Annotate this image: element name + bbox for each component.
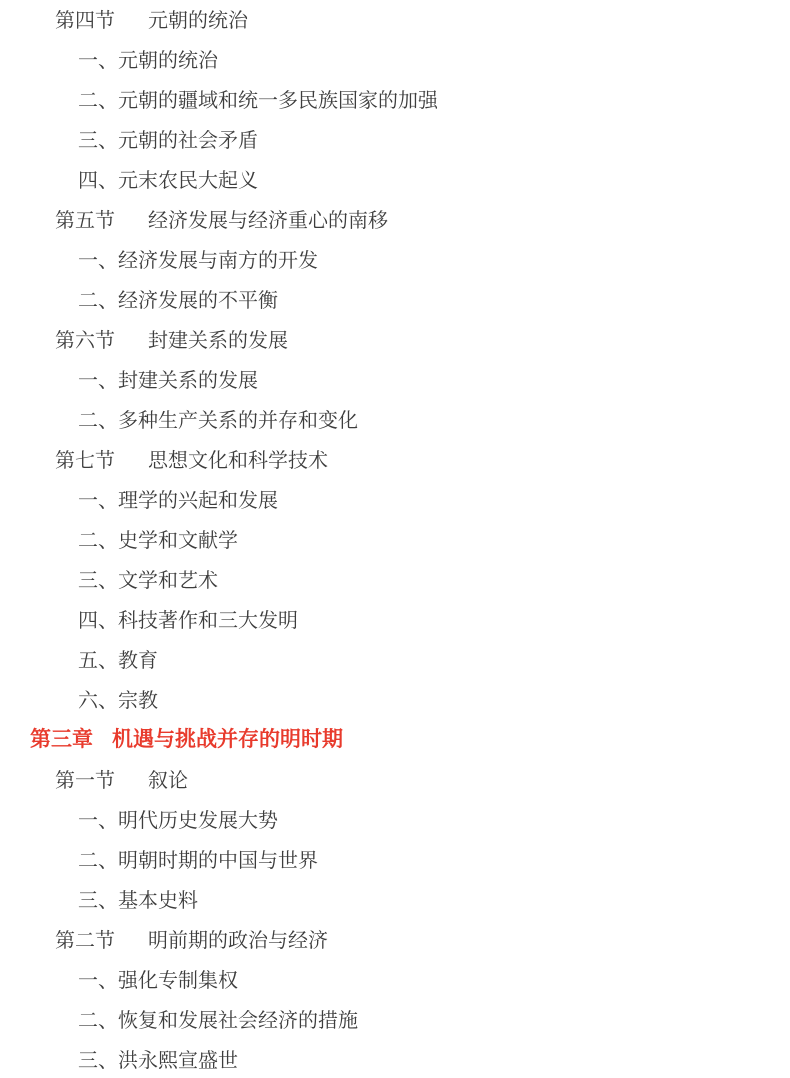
section-heading: 第四节元朝的统治 (0, 0, 790, 38)
item-text: 三、基本史料 (78, 884, 198, 913)
chapter-number: 第三章 (30, 723, 93, 753)
item-text: 二、史学和文献学 (78, 524, 238, 553)
toc-item: 二、元朝的疆域和统一多民族国家的加强 (0, 78, 790, 118)
item-text: 二、明朝时期的中国与世界 (78, 844, 318, 873)
section-heading: 第五节经济发展与经济重心的南移 (0, 198, 790, 238)
toc-item: 二、明朝时期的中国与世界 (0, 838, 790, 878)
toc-item: 二、经济发展的不平衡 (0, 278, 790, 318)
section-number: 第六节 (55, 324, 115, 353)
section-heading: 第七节思想文化和科学技术 (0, 438, 790, 478)
item-text: 一、经济发展与南方的开发 (78, 244, 318, 273)
toc-item: 一、强化专制集权 (0, 958, 790, 998)
item-text: 二、恢复和发展社会经济的措施 (78, 1004, 358, 1033)
item-text: 三、文学和艺术 (78, 564, 218, 593)
section-number: 第七节 (55, 444, 115, 473)
toc-item: 一、理学的兴起和发展 (0, 478, 790, 518)
section-heading: 第六节封建关系的发展 (0, 318, 790, 358)
toc-item: 一、经济发展与南方的开发 (0, 238, 790, 278)
item-text: 四、科技著作和三大发明 (78, 604, 298, 633)
toc-item: 四、科技著作和三大发明 (0, 598, 790, 638)
section-title: 叙论 (148, 764, 188, 793)
item-text: 五、教育 (78, 644, 158, 673)
item-text: 四、元末农民大起义 (78, 164, 258, 193)
toc-item: 三、洪永熙宣盛世 (0, 1038, 790, 1078)
toc-item: 二、史学和文献学 (0, 518, 790, 558)
toc-item: 一、元朝的统治 (0, 38, 790, 78)
item-text: 三、元朝的社会矛盾 (78, 124, 258, 153)
item-text: 二、经济发展的不平衡 (78, 284, 278, 313)
section-title: 经济发展与经济重心的南移 (148, 204, 388, 233)
chapter-heading: 第三章机遇与挑战并存的明时期 (0, 718, 790, 758)
toc-item: 一、明代历史发展大势 (0, 798, 790, 838)
section-title: 思想文化和科学技术 (148, 444, 328, 473)
item-text: 二、元朝的疆域和统一多民族国家的加强 (78, 84, 438, 113)
item-text: 一、理学的兴起和发展 (78, 484, 278, 513)
toc-item: 三、文学和艺术 (0, 558, 790, 598)
section-heading: 第一节叙论 (0, 758, 790, 798)
chapter-title: 机遇与挑战并存的明时期 (112, 723, 343, 753)
item-text: 二、多种生产关系的并存和变化 (78, 404, 358, 433)
section-number: 第五节 (55, 204, 115, 233)
toc-item: 四、元末农民大起义 (0, 158, 790, 198)
item-text: 一、元朝的统治 (78, 44, 218, 73)
section-number: 第四节 (55, 4, 115, 33)
toc-item: 三、基本史料 (0, 878, 790, 918)
toc-item: 五、教育 (0, 638, 790, 678)
item-text: 三、洪永熙宣盛世 (78, 1044, 238, 1073)
item-text: 六、宗教 (78, 684, 158, 713)
section-heading: 第二节明前期的政治与经济 (0, 918, 790, 958)
item-text: 一、封建关系的发展 (78, 364, 258, 393)
section-number: 第二节 (55, 924, 115, 953)
section-title: 元朝的统治 (148, 4, 248, 33)
section-title: 封建关系的发展 (148, 324, 288, 353)
toc-item: 二、多种生产关系的并存和变化 (0, 398, 790, 438)
toc-item: 二、恢复和发展社会经济的措施 (0, 998, 790, 1038)
toc-item: 一、封建关系的发展 (0, 358, 790, 398)
section-title: 明前期的政治与经济 (148, 924, 328, 953)
table-of-contents: 第四节元朝的统治一、元朝的统治二、元朝的疆域和统一多民族国家的加强三、元朝的社会… (0, 0, 790, 1078)
toc-item: 三、元朝的社会矛盾 (0, 118, 790, 158)
item-text: 一、明代历史发展大势 (78, 804, 278, 833)
item-text: 一、强化专制集权 (78, 964, 238, 993)
section-number: 第一节 (55, 764, 115, 793)
toc-item: 六、宗教 (0, 678, 790, 718)
